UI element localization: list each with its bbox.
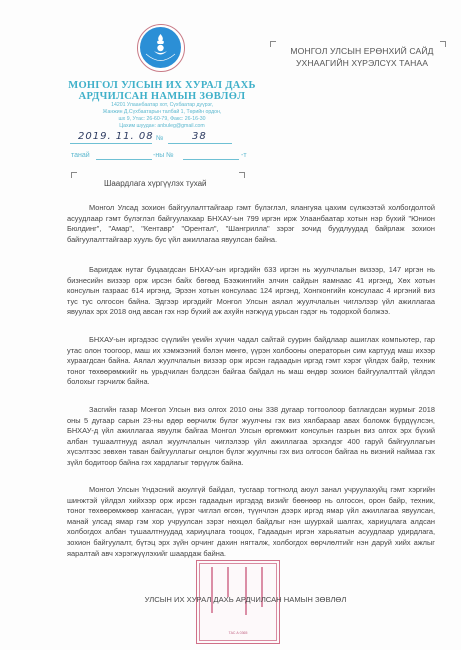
date-underline bbox=[70, 143, 152, 144]
paragraph-4: Засгийн газар Монгол Улсын виз олгох 201… bbox=[67, 405, 435, 469]
paragraph-3: БНХАУ-ын иргэдээс сүүлийн үеийн хүчин ча… bbox=[67, 335, 435, 388]
reply-number-label: -ны № bbox=[153, 152, 174, 159]
party-emblem-logo bbox=[137, 24, 185, 72]
reply-suffix: -т bbox=[241, 152, 247, 159]
recipient-block: МОНГОЛ УЛСЫН ЕРӨНХИЙ САЙД УХНААГИЙН ХҮРЭ… bbox=[282, 45, 442, 69]
paragraph-1: Монгол Улсад зохион байгуулалттайгаар гэ… bbox=[67, 203, 435, 245]
paragraph-2: Баригдаж нутаг буцаагдсан БНХАУ-ын иргэд… bbox=[67, 265, 435, 318]
number-underline bbox=[168, 143, 232, 144]
organization-address: 14201 Улаанбаатар хот, Сүхбаатар дүүрэг,… bbox=[60, 102, 264, 130]
paragraph-text: Засгийн газар Монгол Улсын виз олгох 201… bbox=[67, 405, 435, 469]
subject-corner-right bbox=[239, 172, 245, 178]
recipient-line1: МОНГОЛ УЛСЫН ЕРӨНХИЙ САЙД bbox=[282, 45, 442, 57]
signature-line: УЛСЫН ИХ ХУРАЛ ДАХЬ АРДЧИЛСАН НАМЫН ЗӨВЛ… bbox=[123, 595, 368, 604]
recipient-corner-left bbox=[270, 41, 276, 47]
date-value: 2019. 11. 08 bbox=[78, 131, 154, 142]
paragraph-text: Монгол Улсад зохион байгуулалттайгаар гэ… bbox=[67, 203, 435, 245]
paragraph-text: Монгол Улсын Үндэсний аюулгүй байдал, ту… bbox=[67, 485, 435, 559]
stamp-code: ТАС А 0365 bbox=[197, 631, 279, 635]
reply-date-underline bbox=[96, 159, 152, 160]
address-line4: Цахим шуудан: anbuleg@gmail.com bbox=[60, 123, 264, 130]
recipient-line2: УХНААГИЙН ХҮРЭЛСҮХ ТАНАА bbox=[282, 57, 442, 69]
address-line3: шх 9, Утас: 26-60-79, Факс: 26-16-30 bbox=[60, 116, 264, 123]
soyombo-torch-icon bbox=[140, 27, 181, 68]
subject-corner-left bbox=[71, 172, 77, 178]
org-name-line1: МОНГОЛ УЛСЫН ИХ ХУРАЛ ДАХЬ bbox=[60, 80, 264, 91]
reply-prefix: танай bbox=[71, 152, 90, 159]
mongol-script-column bbox=[227, 567, 229, 597]
paragraph-5: Монгол Улсын Үндэсний аюулгүй байдал, ту… bbox=[67, 485, 435, 559]
paragraph-text: Баригдаж нутаг буцаагдсан БНХАУ-ын иргэд… bbox=[67, 265, 435, 318]
address-line1: 14201 Улаанбаатар хот, Сүхбаатар дүүрэг, bbox=[60, 102, 264, 109]
number-label: № bbox=[156, 135, 164, 142]
paragraph-text: БНХАУ-ын иргэдээс сүүлийн үеийн хүчин ча… bbox=[67, 335, 435, 388]
address-line2: Жанжин Д.Сүхбаатарын талбай 1, Төрийн ор… bbox=[60, 109, 264, 116]
organization-name: МОНГОЛ УЛСЫН ИХ ХУРАЛ ДАХЬ АРДЧИЛСАН НАМ… bbox=[60, 80, 264, 102]
mongol-script-column bbox=[211, 567, 213, 613]
letter-page: МОНГОЛ УЛСЫН ИХ ХУРАЛ ДАХЬ АРДЧИЛСАН НАМ… bbox=[0, 0, 461, 650]
number-value: 38 bbox=[192, 131, 207, 142]
subject-line: Шаардлага хүргүүлэх тухай bbox=[104, 179, 207, 188]
org-name-line2: АРДЧИЛСАН НАМЫН ЗӨВЛӨЛ bbox=[60, 91, 264, 102]
mongol-script-column bbox=[245, 567, 247, 615]
reply-number-underline bbox=[183, 159, 239, 160]
